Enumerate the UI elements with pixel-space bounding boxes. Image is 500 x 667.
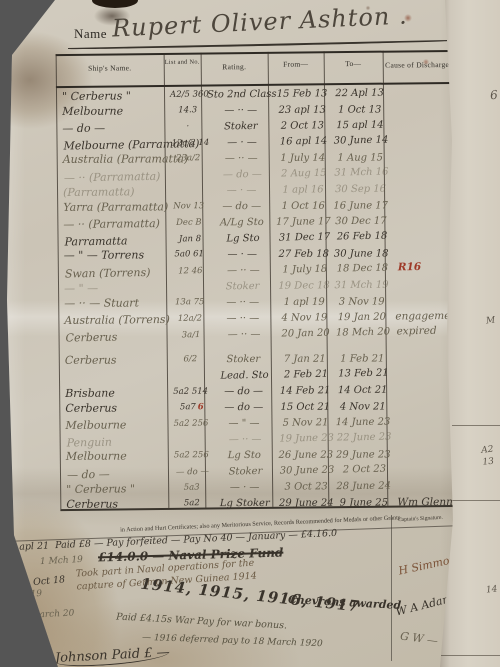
rating-cell: — · — <box>209 248 276 259</box>
ship-name-cell: — " — Torrens <box>58 248 172 261</box>
rating-cell: Lead. Sto <box>211 369 278 381</box>
from-date-cell: 2 Feb 21 <box>278 368 334 380</box>
list-no-cell <box>175 435 212 446</box>
ship-name-cell: " Cerberus " <box>60 481 174 495</box>
table-row: Cerberus 5a2 Lg Stoker 29 June 24 9 June… <box>60 494 458 512</box>
from-date-cell: 17 June 17 <box>275 216 331 228</box>
from-date-cell: 29 June 24 <box>278 497 334 508</box>
annotation-date-jany19: Jany 19 <box>8 589 43 601</box>
rating-cell: A/Lg Sto <box>208 216 275 228</box>
to-date-cell: 28 June 24 <box>334 480 393 492</box>
from-date-cell: 15 Feb 13 <box>274 88 330 100</box>
underlying-page-rule <box>452 500 500 501</box>
red-annotation: R16 <box>398 261 422 273</box>
from-date-cell: 19 June 23 <box>279 432 335 444</box>
to-date-cell: 30 June 18 <box>332 248 391 259</box>
to-date-cell: 22 June 23 <box>335 431 394 443</box>
rating-cell: — ·· — <box>209 296 276 307</box>
red-annotation: 6 <box>198 402 204 412</box>
rating-cell: — ·· — <box>208 152 275 163</box>
from-date-cell: 5 Nov 21 <box>277 417 333 429</box>
rating-cell: — · — <box>208 184 275 196</box>
list-no-cell: 5a0 61 <box>172 249 209 259</box>
to-date-cell: 22 Apl 13 <box>330 87 389 99</box>
ship-name-cell: Australia (Torrens) <box>58 312 172 326</box>
ship-name-cell: Yarra (Parramatta) <box>57 200 171 213</box>
side-page-mark: M <box>486 316 496 327</box>
cause-of-discharge-cell <box>389 86 458 99</box>
to-date-cell: 2 Oct 23 <box>335 463 394 475</box>
list-no-cell: 5a2 256 <box>174 450 211 460</box>
rating-cell: — " — <box>210 417 277 429</box>
name-label: Name <box>74 26 107 42</box>
list-no-cell: — do — <box>175 467 212 478</box>
list-no-cell: 5a2 <box>174 498 211 508</box>
to-date-cell: 30 Sep 16 <box>331 183 390 195</box>
list-no-cell: 23a/2 <box>171 153 208 163</box>
from-date-cell: 23 apl 13 <box>274 104 330 115</box>
table-row: Cerberus 5a76 — do — 15 Oct 21 4 Nov 21 <box>59 398 457 416</box>
ship-name-cell: Cerberus <box>60 497 174 510</box>
rating-cell: — ·· — <box>212 433 279 445</box>
underlying-page-rule <box>452 425 500 426</box>
list-no-cell: 12a/2 <box>172 314 209 324</box>
to-date-cell: 3 Nov 19 <box>332 296 391 307</box>
list-no-cell <box>171 186 208 196</box>
rating-cell: — ·· — <box>210 328 277 340</box>
from-date-cell: 1 Oct 16 <box>275 200 331 211</box>
to-date-cell: 29 June 23 <box>334 449 393 460</box>
table-row: — ·· — Stuart 13a 75 — ·· — 1 apl 19 3 N… <box>58 293 456 311</box>
to-date-cell: 31 Mch 19 <box>332 279 391 291</box>
rating-cell: — ·· — <box>209 312 276 324</box>
side-page-mark: 6 <box>489 88 498 103</box>
ship-name-cell: — do — <box>56 120 170 134</box>
to-date-cell: 1 Aug 15 <box>331 152 390 163</box>
cause-of-discharge-cell: Wm Glenny <box>393 496 462 508</box>
from-date-cell: 2 Aug 15 <box>276 167 332 179</box>
rating-cell: Stoker <box>207 120 274 132</box>
column-header-rating: Rating. <box>201 62 268 72</box>
from-date-cell: 20 Jan 20 <box>277 327 333 339</box>
from-date-cell: 30 June 23 <box>279 464 335 476</box>
list-no-cell: 14.3 <box>170 105 207 115</box>
signature: G W — <box>399 629 439 647</box>
ship-name-cell: Cerberus <box>59 401 173 414</box>
ship-name-cell: Melbourne <box>60 449 174 462</box>
ship-name-cell: Cerberus <box>59 353 173 366</box>
rating-cell: Stoker <box>212 465 279 477</box>
to-date-cell: 14 Oct 21 <box>333 384 392 396</box>
cause-of-discharge-cell <box>390 214 459 227</box>
rating-cell: — do — <box>210 401 277 412</box>
annotation-date-march20: 19 March 20 <box>16 608 75 621</box>
list-no-cell: 5a76 <box>173 402 210 412</box>
captains-signature-label: Captain's Signature. <box>398 515 443 523</box>
from-date-cell: 31 Dec 17 <box>276 231 332 243</box>
column-header-from: From— <box>268 59 324 69</box>
list-no-cell: 13a 75 <box>172 297 209 307</box>
from-date-cell: 27 Feb 18 <box>276 248 332 259</box>
to-date-cell: 16 June 17 <box>331 200 390 211</box>
ship-name-cell: — do — <box>61 466 175 481</box>
list-no-cell: A2/5 360 <box>170 90 207 100</box>
to-date-cell: 30 June 14 <box>331 134 390 146</box>
list-no-cell <box>172 282 209 292</box>
ship-name-cell: — ·· (Parramatta) <box>58 169 172 184</box>
ship-name-cell: Melbourne <box>56 104 170 117</box>
from-date-cell: 19 Dec 18 <box>276 280 332 292</box>
from-date-cell: 1 July 14 <box>275 152 331 163</box>
service-table: Ship's Name. List and No. Rating. From— … <box>56 50 459 514</box>
list-no-cell <box>174 371 211 382</box>
from-date-cell: 14 Feb 21 <box>277 385 333 397</box>
rating-cell: — · — <box>208 136 275 148</box>
cause-of-discharge-cell <box>390 132 459 145</box>
document-photograph: 6 M A2 13 14 Name Rupert Oliver Ashton .… <box>0 0 500 667</box>
from-date-cell: 7 Jan 21 <box>277 353 333 364</box>
to-date-cell: 26 Feb 18 <box>332 230 391 242</box>
side-page-mark: 14 <box>486 584 498 595</box>
cause-of-discharge-cell <box>389 103 458 115</box>
to-date-cell: 31 Mch 16 <box>332 166 391 178</box>
signature-column-rule <box>391 515 392 661</box>
list-no-cell: 5a3 <box>174 482 211 492</box>
list-no-cell: · <box>170 122 207 132</box>
column-header-list-no: List and No. <box>164 59 201 67</box>
list-no-cell: 3a/1 <box>173 330 210 341</box>
cause-of-discharge-cell <box>391 164 460 177</box>
table-row: Yarra (Parramatta) Nov 13 — do — 1 Oct 1… <box>57 197 455 215</box>
table-row: Melbourne 14.3 — ·· — 23 apl 13 1 Oct 13 <box>56 101 454 119</box>
list-no-cell: Jan 8 <box>172 234 209 245</box>
rating-cell: — ·· — <box>210 264 277 276</box>
column-header-to: To— <box>324 59 383 69</box>
cause-of-discharge-cell <box>390 182 459 195</box>
list-no-cell: 12 46 <box>173 266 210 277</box>
list-no-cell: Nov 13 <box>171 201 208 211</box>
to-date-cell: 9 June 25 <box>334 497 393 508</box>
rating-cell: — · — <box>211 481 278 493</box>
list-no-cell: 5a2 256 <box>173 418 210 428</box>
from-date-cell: 1 apl 19 <box>276 296 332 307</box>
underlying-page-rule <box>440 655 500 656</box>
to-date-cell: 19 Jan 20 <box>332 311 391 323</box>
cause-of-discharge-cell <box>390 199 459 211</box>
ship-name-cell: — ·· (Parramatta) <box>57 216 171 230</box>
to-date-cell: 4 Nov 21 <box>333 401 392 412</box>
annotation-date-mch19: 1 Mch 19 <box>40 555 83 567</box>
column-header-cause: Cause of Discharge. <box>383 60 454 70</box>
rating-cell: Stoker <box>210 353 277 364</box>
to-date-cell: 18 Dec 18 <box>333 262 392 274</box>
rating-cell: — do — <box>210 385 277 397</box>
rating-cell: — do — <box>209 168 276 180</box>
list-no-cell: 5a2 514 <box>173 386 210 396</box>
column-header-ship-name: Ship's Name. <box>56 63 164 74</box>
to-date-cell: 1 Oct 13 <box>330 104 389 115</box>
ship-name-cell: — " — <box>58 280 172 294</box>
list-no-cell: 6/2 <box>173 354 210 364</box>
to-date-cell: 30 Dec 17 <box>331 215 390 227</box>
list-no-cell <box>172 170 209 181</box>
from-date-cell: 16 apl 14 <box>275 135 331 147</box>
annotation-johnson: Johnson Paid £ — <box>55 645 170 667</box>
table-rows: " Cerberus " A2/5 360 Sto 2nd Class 15 F… <box>56 84 458 513</box>
rating-cell: — do — <box>208 200 275 211</box>
from-date-cell: 15 Oct 21 <box>277 401 333 412</box>
ship-name-cell <box>60 377 174 379</box>
ship-name-cell: Australia (Parramatta) <box>57 152 171 165</box>
side-page-mark: A2 13 <box>481 444 499 469</box>
to-date-cell: 18 Mch 20 <box>333 326 392 338</box>
name-handwritten-value: Rupert Oliver Ashton . <box>112 2 409 43</box>
service-record-sheet: Name Rupert Oliver Ashton . Ship's Name.… <box>0 0 500 667</box>
annotation-war-pay: Paid £4.15s War Pay for war bonus. <box>116 612 287 632</box>
ship-name-cell: Melbourne <box>59 417 173 431</box>
ship-name-cell: — ·· — Stuart <box>58 296 172 309</box>
rating-cell: — ·· — <box>207 104 274 115</box>
ship-name-cell: Swan (Torrens) <box>59 265 173 280</box>
rating-cell: Lg Sto <box>211 449 278 460</box>
ship-name-cell: " Cerberus " <box>56 88 170 102</box>
to-date-cell: 1 Feb 21 <box>333 353 392 364</box>
list-no-cell: 12a/2 14 <box>171 138 208 149</box>
rating-cell: Lg Stoker <box>211 497 278 508</box>
to-date-cell: 13 Feb 21 <box>334 367 393 379</box>
from-date-cell: 3 Oct 23 <box>278 481 334 493</box>
cause-of-discharge-cell <box>389 118 458 131</box>
ship-name-cell: (Parramatta) <box>57 184 171 198</box>
rating-cell: Lg Sto <box>209 232 276 244</box>
from-date-cell: 1 July 18 <box>277 263 333 275</box>
rating-cell: Sto 2nd Class <box>207 88 274 100</box>
list-no-cell: Dec B <box>171 218 208 228</box>
from-date-cell: 4 Nov 19 <box>276 312 332 324</box>
from-date-cell: 1 apl 16 <box>275 184 331 196</box>
table-rule-top <box>56 50 454 56</box>
rating-cell: Stoker <box>209 280 276 292</box>
to-date-cell: 15 apl 14 <box>330 119 389 131</box>
to-date-cell: 14 June 23 <box>333 416 392 428</box>
from-date-cell: 2 Oct 13 <box>274 120 330 132</box>
ship-name-cell: Brisbane <box>59 385 173 399</box>
ship-name-cell: Cerberus <box>59 329 173 344</box>
from-date-cell: 26 June 23 <box>278 449 334 460</box>
annotation-date-oct18: 1 Oct 18 <box>24 574 66 589</box>
